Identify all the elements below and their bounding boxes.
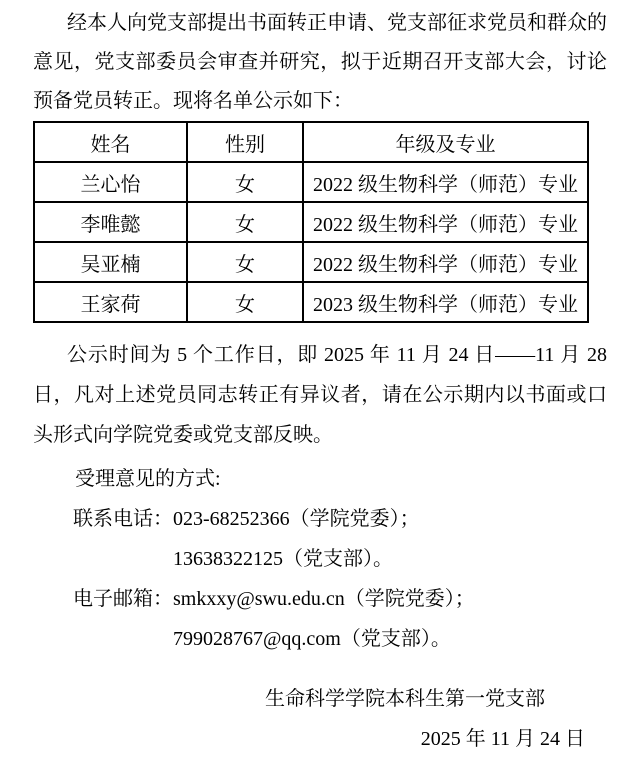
table-row: 兰心怡 女 2022 级生物科学（师范）专业 — [34, 162, 588, 202]
header-cell-major: 年级及专业 — [303, 122, 588, 162]
table-row: 吴亚楠 女 2022 级生物科学（师范）专业 — [34, 242, 588, 282]
cell-sex: 女 — [187, 282, 303, 322]
cell-sex: 女 — [187, 242, 303, 282]
members-table: 姓名 性别 年级及专业 兰心怡 女 2022 级生物科学（师范）专业 李唯懿 女… — [33, 121, 589, 323]
feedback-method-heading: 受理意见的方式: — [0, 459, 642, 499]
table-row: 李唯懿 女 2022 级生物科学（师范）专业 — [34, 202, 588, 242]
intro-paragraph: 经本人向党支部提出书面转正申请、党支部征求党员和群众的意见，党支部委员会审查并研… — [33, 0, 607, 121]
contact-email-line: 电子邮箱：smkxxy@swu.edu.cn（学院党委）； — [0, 579, 642, 619]
cell-major: 2022 级生物科学（师范）专业 — [303, 162, 588, 202]
cell-major: 2022 级生物科学（师范）专业 — [303, 242, 588, 282]
cell-sex: 女 — [187, 162, 303, 202]
header-cell-name: 姓名 — [34, 122, 187, 162]
header-cell-sex: 性别 — [187, 122, 303, 162]
cell-name: 李唯懿 — [34, 202, 187, 242]
cell-sex: 女 — [187, 202, 303, 242]
cell-major: 2022 级生物科学（师范）专业 — [303, 202, 588, 242]
table-header-row: 姓名 性别 年级及专业 — [34, 122, 588, 162]
cell-name: 王家荷 — [34, 282, 187, 322]
contact-phone-line-2: 13638322125（党支部）。 — [0, 539, 642, 579]
table-row: 王家荷 女 2023 级生物科学（师范）专业 — [34, 282, 588, 322]
cell-name: 兰心怡 — [34, 162, 187, 202]
cell-major: 2023 级生物科学（师范）专业 — [303, 282, 588, 322]
contact-email-line-2: 799028767@qq.com（党支部）。 — [0, 619, 642, 659]
cell-name: 吴亚楠 — [34, 242, 187, 282]
signature-date: 2025 年 11 月 24 日 — [0, 719, 642, 759]
publicity-period-paragraph: 公示时间为 5 个工作日，即 2025 年 11 月 24 日——11 月 28… — [33, 335, 607, 455]
notice-document: 经本人向党支部提出书面转正申请、党支部征求党员和群众的意见，党支部委员会审查并研… — [0, 0, 642, 770]
signature-organization: 生命科学学院本科生第一党支部 — [0, 679, 642, 719]
contact-phone-line: 联系电话：023-68252366（学院党委）； — [0, 499, 642, 539]
